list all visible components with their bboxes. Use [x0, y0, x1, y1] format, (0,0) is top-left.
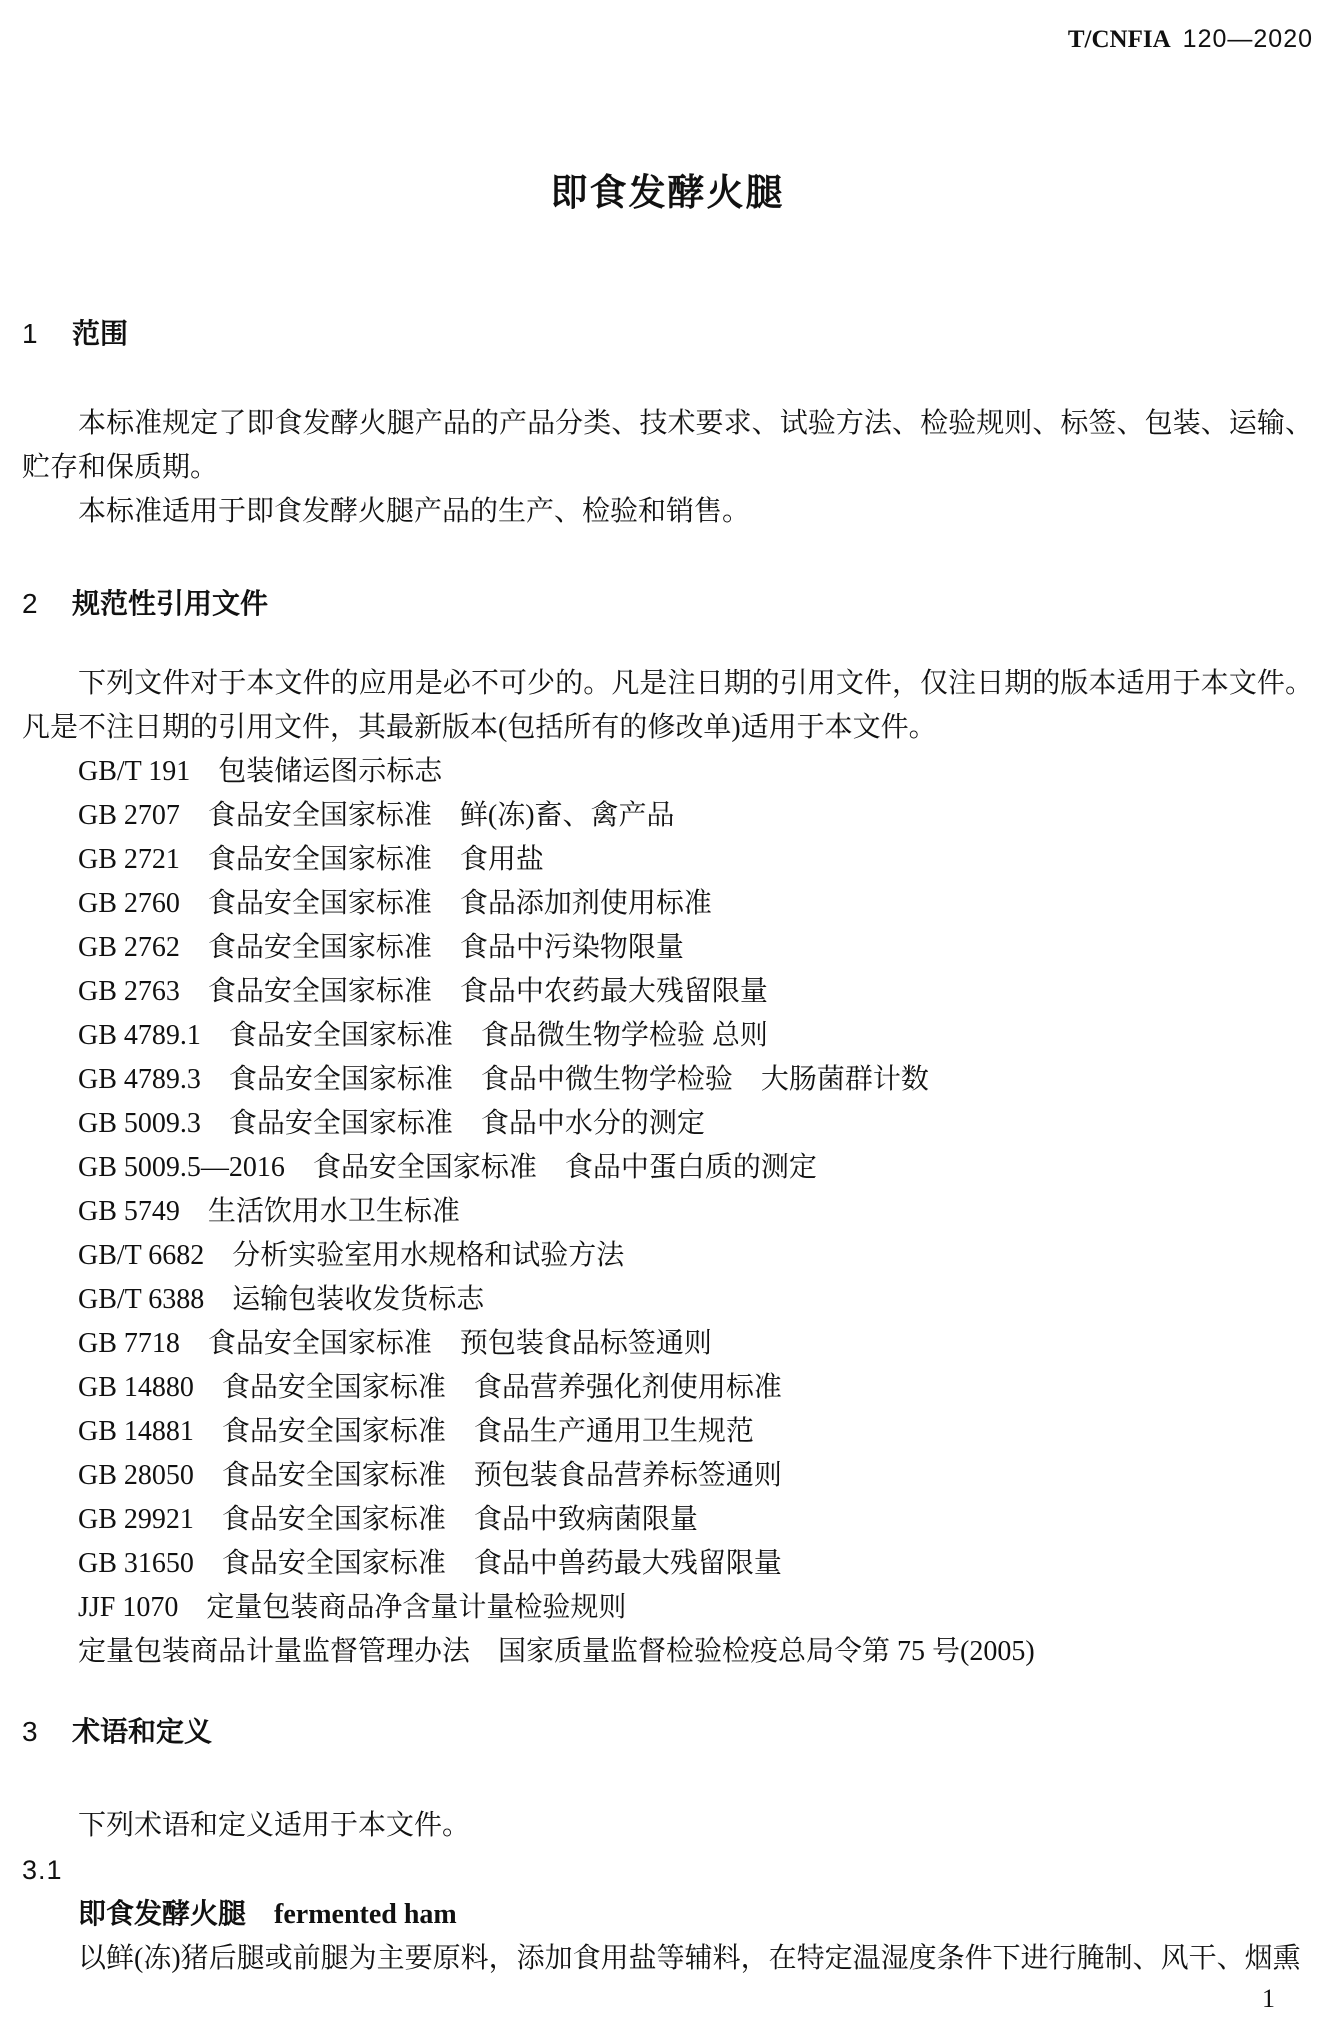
- standard-number: 120—2020: [1183, 25, 1313, 53]
- section-3-heading: 3术语和定义: [22, 1713, 1313, 1751]
- section-3-number: 3: [22, 1713, 72, 1751]
- scope-paragraph-2: 本标准适用于即食发酵火腿产品的生产、检验和销售。: [22, 490, 1313, 534]
- reference-item: GB/T 6682 分析实验室用水规格和试验方法: [78, 1234, 1313, 1278]
- reference-item: GB 14880 食品安全国家标准 食品营养强化剂使用标准: [78, 1366, 1313, 1410]
- document-page: T/CNFIA120—2020 即食发酵火腿 1范围 本标准规定了即食发酵火腿产…: [0, 0, 1335, 2039]
- reference-item: GB 14881 食品安全国家标准 食品生产通用卫生规范: [78, 1410, 1313, 1454]
- section-1-title: 范围: [72, 318, 128, 349]
- document-header: T/CNFIA120—2020: [22, 24, 1313, 55]
- page-number: 1: [1262, 1984, 1275, 2014]
- scope-paragraph-1: 本标准规定了即食发酵火腿产品的产品分类、技术要求、试验方法、检验规则、标签、包装…: [22, 402, 1313, 490]
- standard-code: T/CNFIA: [1068, 26, 1171, 53]
- section-3-title: 术语和定义: [72, 1716, 212, 1747]
- term-name-english: fermented ham: [274, 1899, 457, 1930]
- reference-item: GB 5009.3 食品安全国家标准 食品中水分的测定: [78, 1102, 1313, 1146]
- term-name-chinese: 即食发酵火腿: [78, 1898, 246, 1929]
- reference-item: GB/T 191 包装储运图示标志: [78, 750, 1313, 794]
- reference-item: GB 4789.3 食品安全国家标准 食品中微生物学检验 大肠菌群计数: [78, 1058, 1313, 1102]
- clause-number-3-1: 3.1: [22, 1848, 1313, 1892]
- reference-item: GB 28050 食品安全国家标准 预包装食品营养标签通则: [78, 1454, 1313, 1498]
- term-entry: 即食发酵火腿fermented ham: [22, 1892, 1313, 1937]
- reference-item: 定量包装商品计量监督管理办法 国家质量监督检验检疫总局令第 75 号(2005): [78, 1630, 1313, 1674]
- reference-item: GB 4789.1 食品安全国家标准 食品微生物学检验 总则: [78, 1014, 1313, 1058]
- reference-item: GB 5749 生活饮用水卫生标准: [78, 1190, 1313, 1234]
- reference-item: GB 29921 食品安全国家标准 食品中致病菌限量: [78, 1498, 1313, 1542]
- reference-item: GB 5009.5—2016 食品安全国家标准 食品中蛋白质的测定: [78, 1146, 1313, 1190]
- reference-item: GB 2721 食品安全国家标准 食用盐: [78, 838, 1313, 882]
- reference-item: GB/T 6388 运输包装收发货标志: [78, 1278, 1313, 1322]
- reference-list: GB/T 191 包装储运图示标志GB 2707 食品安全国家标准 鲜(冻)畜、…: [22, 750, 1313, 1674]
- reference-item: JJF 1070 定量包装商品净含量计量检验规则: [78, 1586, 1313, 1630]
- section-2-number: 2: [22, 585, 72, 623]
- section-2-title: 规范性引用文件: [72, 588, 268, 619]
- references-intro-paragraph: 下列文件对于本文件的应用是必不可少的。凡是注日期的引用文件，仅注日期的版本适用于…: [22, 662, 1313, 750]
- term-definition: 以鲜(冻)猪后腿或前腿为主要原料，添加食用盐等辅料，在特定温湿度条件下进行腌制、…: [22, 1937, 1313, 1981]
- reference-item: GB 31650 食品安全国家标准 食品中兽药最大残留限量: [78, 1542, 1313, 1586]
- section-1-heading: 1范围: [22, 315, 1313, 353]
- terms-intro-paragraph: 下列术语和定义适用于本文件。: [22, 1804, 1313, 1848]
- reference-item: GB 2763 食品安全国家标准 食品中农药最大残留限量: [78, 970, 1313, 1014]
- document-title: 即食发酵火腿: [22, 169, 1313, 217]
- reference-item: GB 2707 食品安全国家标准 鲜(冻)畜、禽产品: [78, 794, 1313, 838]
- reference-item: GB 2762 食品安全国家标准 食品中污染物限量: [78, 926, 1313, 970]
- reference-item: GB 7718 食品安全国家标准 预包装食品标签通则: [78, 1322, 1313, 1366]
- reference-item: GB 2760 食品安全国家标准 食品添加剂使用标准: [78, 882, 1313, 926]
- section-1-number: 1: [22, 315, 72, 353]
- section-2-heading: 2规范性引用文件: [22, 585, 1313, 623]
